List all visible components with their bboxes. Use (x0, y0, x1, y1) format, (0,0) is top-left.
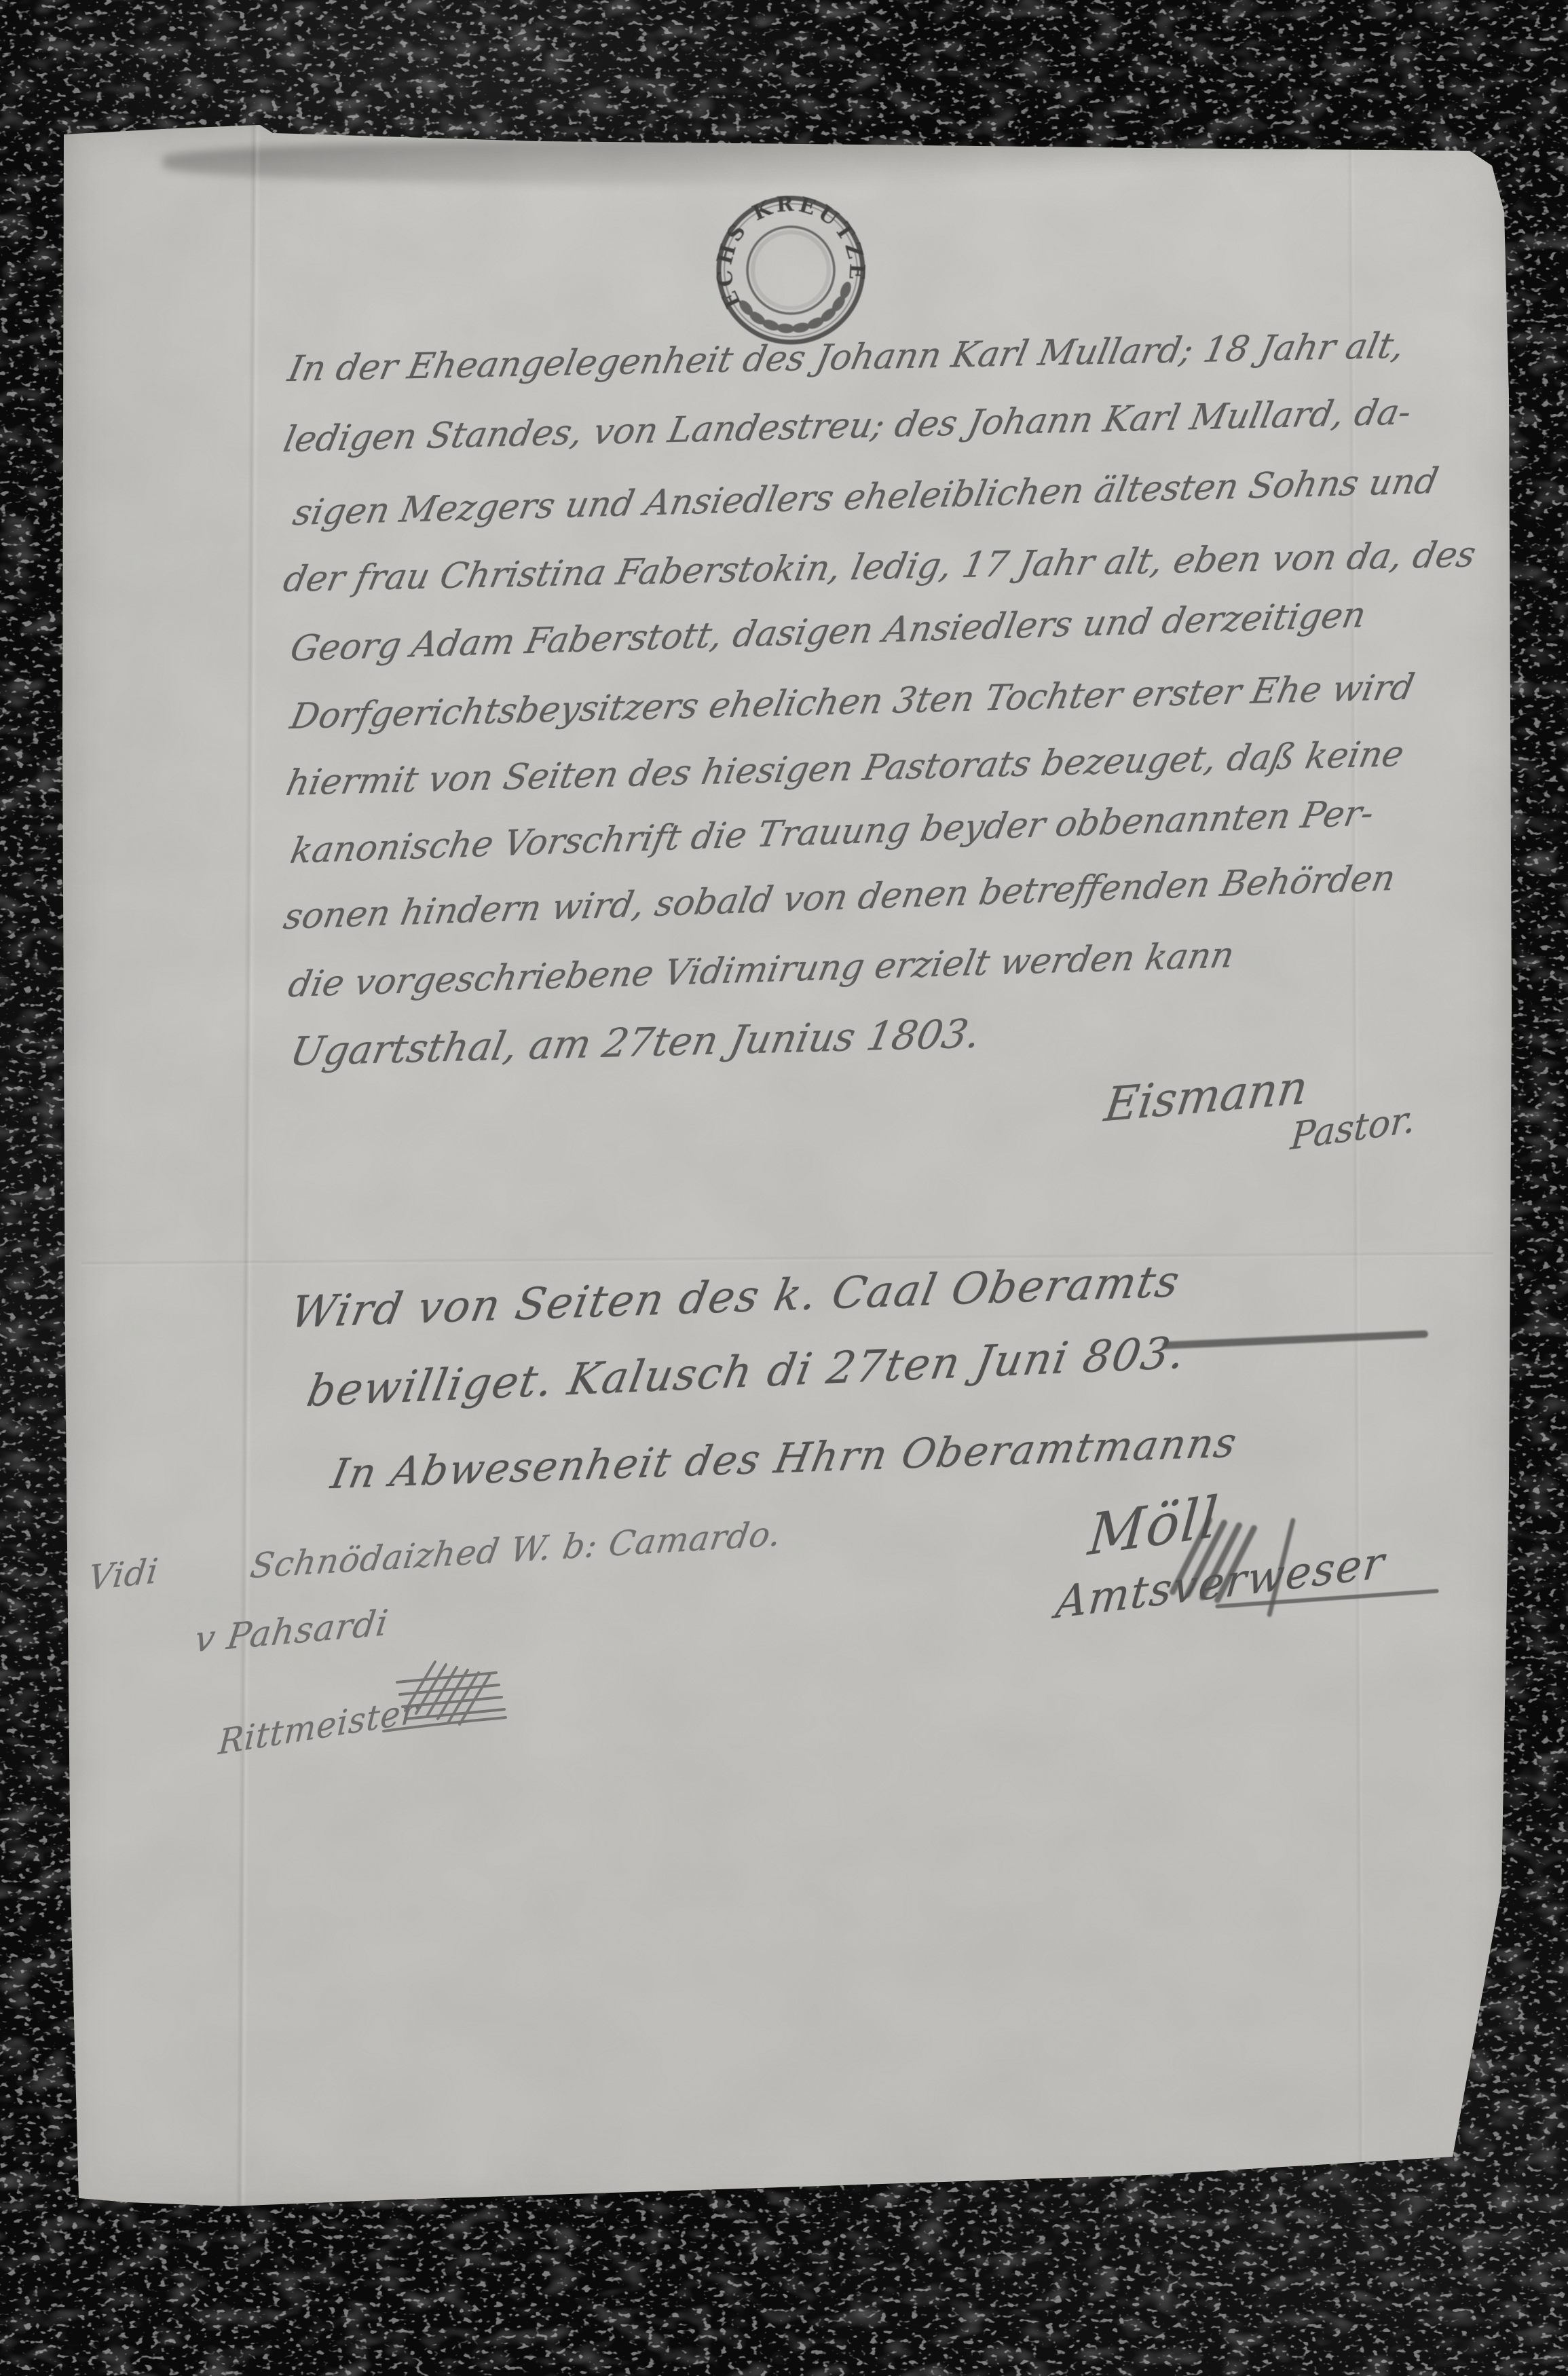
paper-sheet: SECHS KREUTZER In der Eheangelegenheit d… (61, 124, 1514, 2219)
scanned-document-page: SECHS KREUTZER In der Eheangelegenheit d… (0, 0, 1568, 2376)
underlined-word: Oberamts (947, 1257, 1184, 1315)
vidi-note: Vidi (87, 1554, 160, 1595)
